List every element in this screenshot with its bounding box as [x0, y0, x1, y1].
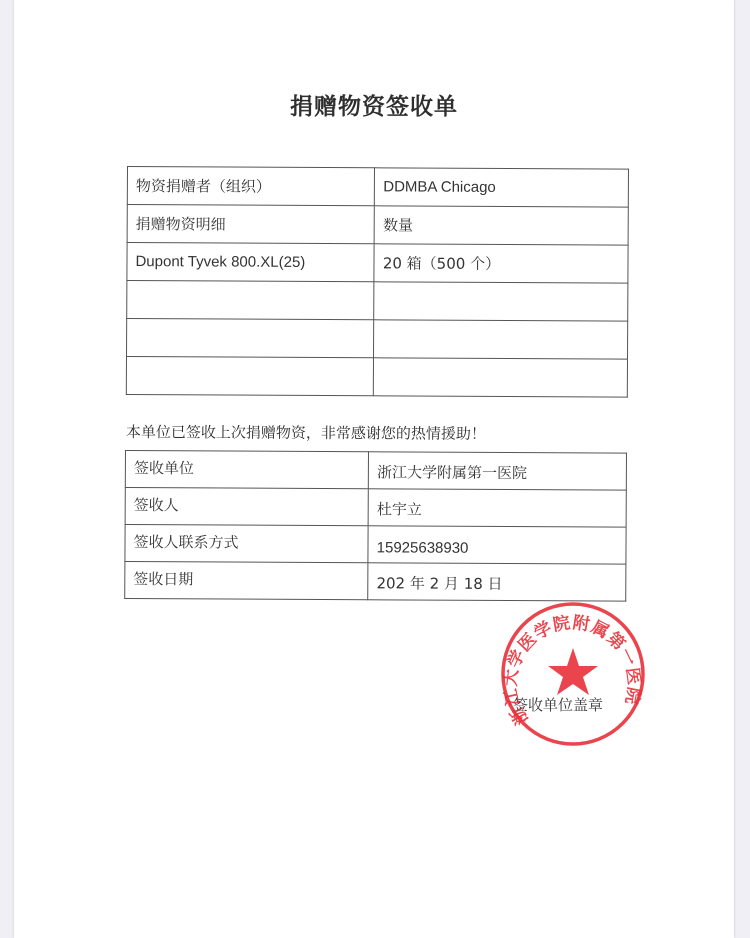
table-row: Dupont Tyvek 800.XL(25) 20 箱（500 个）: [127, 243, 628, 284]
receiving-unit-label: 签收单位: [125, 451, 368, 489]
donor-value: DDMBA Chicago: [375, 168, 629, 207]
quantity-label: 数量: [374, 206, 628, 245]
receiving-unit-value: 浙江大学附属第一医院: [368, 452, 626, 490]
item-name: Dupont Tyvek 800.XL(25): [127, 243, 375, 282]
table-row: 物资捐赠者（组织） DDMBA Chicago: [127, 167, 628, 208]
contact-value: 15925638930: [368, 526, 626, 564]
table-row: [127, 319, 628, 360]
date-value: 202 年 2 月 18 日: [368, 563, 626, 601]
star-icon: [548, 648, 598, 695]
donor-label: 物资捐赠者（组织）: [127, 167, 375, 206]
empty-cell: [127, 281, 375, 320]
empty-cell: [127, 319, 375, 358]
table-row: 签收人联系方式 15925638930: [125, 525, 626, 565]
official-seal-stamp: 浙江大学医学院附属第一医院: [499, 600, 647, 748]
table-row: 捐赠物资明细 数量: [127, 205, 628, 246]
table-row: [126, 357, 627, 398]
table-row: 签收人 杜宇立: [125, 488, 626, 528]
acknowledgement-text: 本单位已签收上次捐赠物资，非常感谢您的热情援助！: [126, 421, 486, 444]
empty-cell: [374, 320, 628, 359]
date-label: 签收日期: [125, 562, 368, 600]
recipient-value: 杜宇立: [368, 489, 626, 527]
table-row: [127, 281, 628, 322]
receipt-table: 签收单位 浙江大学附属第一医院 签收人 杜宇立 签收人联系方式 15925638…: [124, 450, 627, 602]
table-row: 签收单位 浙江大学附属第一医院: [125, 451, 626, 491]
items-detail-label: 捐赠物资明细: [127, 205, 375, 244]
donation-table: 物资捐赠者（组织） DDMBA Chicago 捐赠物资明细 数量 Dupont…: [126, 166, 629, 398]
seal-caption: 签收单位盖章: [513, 694, 603, 715]
recipient-label: 签收人: [125, 488, 368, 526]
empty-cell: [374, 358, 628, 397]
document-title: 捐赠物资签收单: [0, 88, 748, 121]
empty-cell: [126, 357, 374, 396]
contact-label: 签收人联系方式: [125, 525, 368, 563]
item-quantity: 20 箱（500 个）: [374, 244, 628, 283]
table-row: 签收日期 202 年 2 月 18 日: [125, 562, 626, 602]
empty-cell: [374, 282, 628, 321]
